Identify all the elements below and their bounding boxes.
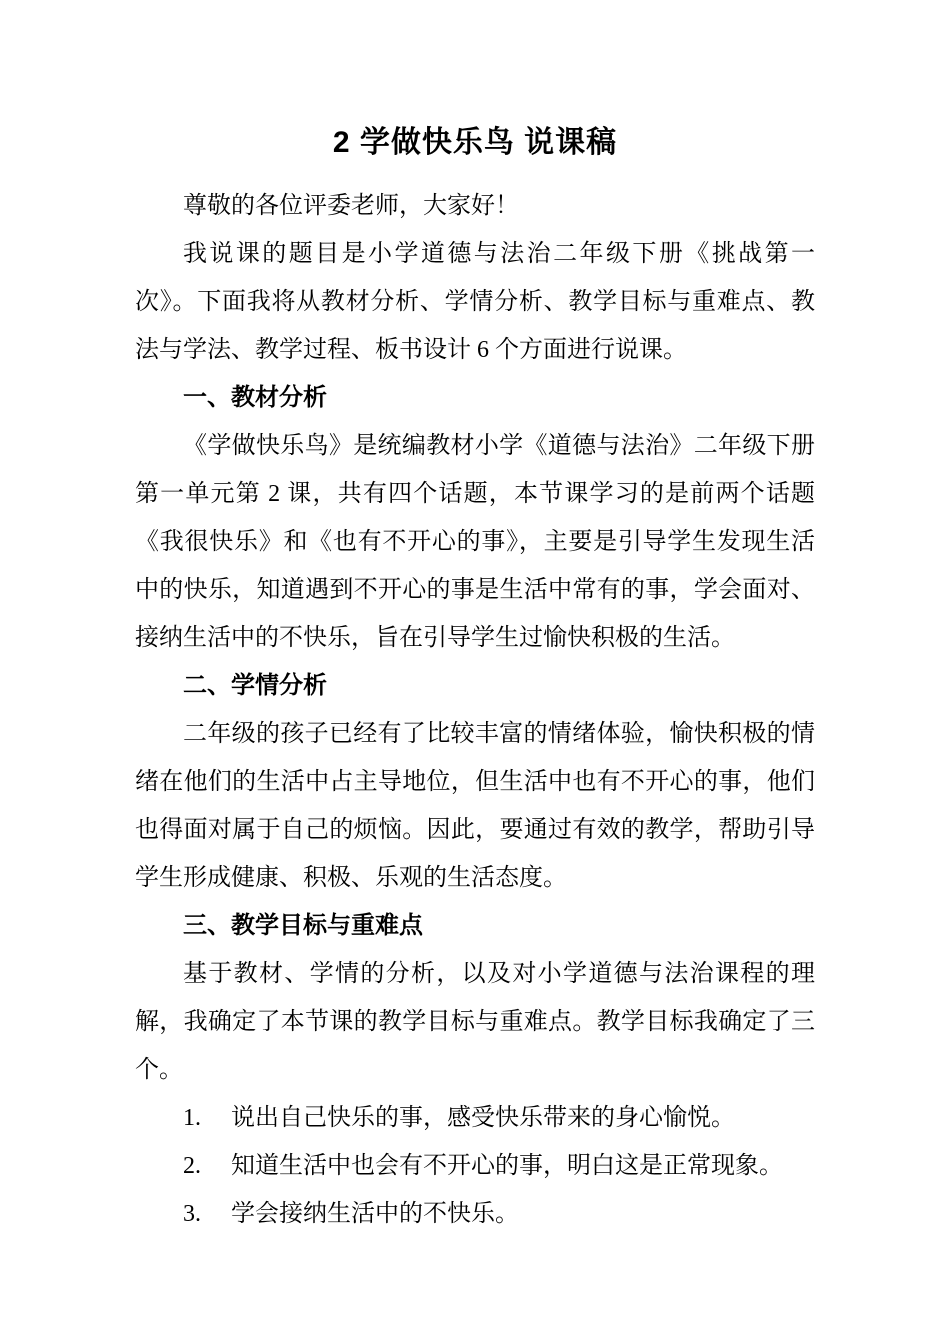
document-title: 2 学做快乐鸟 说课稿 [135, 118, 815, 168]
list-item-text: 说出自己快乐的事，感受快乐带来的身心愉悦。 [231, 1105, 735, 1131]
list-item-number: 2. [183, 1142, 231, 1190]
list-item-text: 知道生活中也会有不开心的事，明白这是正常现象。 [231, 1153, 783, 1179]
section-body-learner-analysis: 二年级的孩子已经有了比较丰富的情绪体验，愉快积极的情绪在他们的生活中占主导地位，… [135, 710, 815, 902]
list-item-goal-1: 1.说出自己快乐的事，感受快乐带来的身心愉悦。 [135, 1094, 815, 1142]
paragraph-intro: 我说课的题目是小学道德与法治二年级下册《挑战第一次》。下面我将从教材分析、学情分… [135, 230, 815, 374]
list-item-text: 学会接纳生活中的不快乐。 [231, 1201, 519, 1227]
section-body-teaching-goals: 基于教材、学情的分析，以及对小学道德与法治课程的理解，我确定了本节课的教学目标与… [135, 950, 815, 1094]
list-item-number: 3. [183, 1190, 231, 1238]
paragraph-greeting: 尊敬的各位评委老师，大家好！ [135, 182, 815, 230]
section-heading-teaching-goals: 三、教学目标与重难点 [135, 902, 815, 950]
list-item-goal-3: 3.学会接纳生活中的不快乐。 [135, 1190, 815, 1238]
section-heading-learner-analysis: 二、学情分析 [135, 662, 815, 710]
section-body-material-analysis: 《学做快乐鸟》是统编教材小学《道德与法治》二年级下册第一单元第 2 课，共有四个… [135, 422, 815, 662]
list-item-number: 1. [183, 1094, 231, 1142]
list-item-goal-2: 2.知道生活中也会有不开心的事，明白这是正常现象。 [135, 1142, 815, 1190]
document-page: 2 学做快乐鸟 说课稿 尊敬的各位评委老师，大家好！ 我说课的题目是小学道德与法… [0, 0, 950, 1344]
section-heading-material-analysis: 一、教材分析 [135, 374, 815, 422]
